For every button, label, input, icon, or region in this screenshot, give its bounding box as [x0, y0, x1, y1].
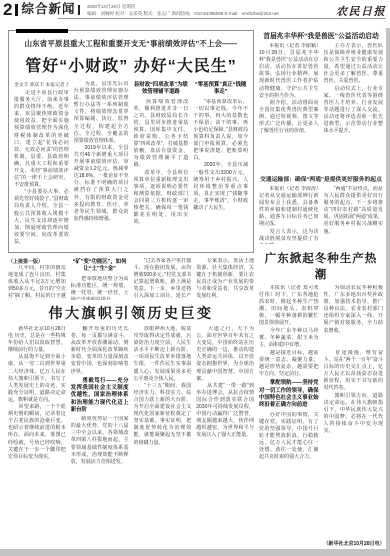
- masthead-logo: 农民日报: [336, 3, 386, 19]
- continued-column-3: “过去各家各户单打独斗，现在抱团发展，亩均增收500多元。”村党支部书记算起增收…: [134, 258, 192, 300]
- continued-article: （上接第一版） 几年间，村里的撂荒地变成了连片良田，村集体收入从不足3万元增加到…: [8, 258, 254, 300]
- lead-column-3: 县财政“四项改革”为绩效管理铺平道路 预算绩效管理改革，顺利推进并非一日之功。县…: [134, 81, 189, 245]
- rail-article-guangdong-columns: 本报讯（记者 郑可欢 付伟）时下，广东各地抢抓农时，掀起冬种生产热潮。田间地头，…: [259, 285, 383, 361]
- feature-column-2-pre: 翻开厚重的历史长卷，每一页都写满奋斗。从改革开放春潮涌动，到新时代全面深化改革蹄…: [71, 326, 129, 376]
- rail-article-transport-col2: “两通”不是终点，而是为人民群众提供更好出行服务的起点。下一步将推动“四好农村路…: [324, 186, 384, 244]
- feature-column-6-text: 征途漫漫，惟有奋斗。站在“两个一百年”奋斗目标的历史交汇点上，亿万人民正以昂扬姿…: [324, 350, 384, 538]
- meta-divider-bar: [78, 5, 80, 15]
- feature-column-6: 征途漫漫，惟有奋斗。站在“两个一百年”奋斗目标的历史交汇点上，亿万人民正以昂扬姿…: [324, 350, 384, 547]
- lead-columns: 金文丰 郭庆丰 本报记者 吕兵兵 走进平原县行政审批服务大厅，前来办事的群众络绎…: [14, 81, 248, 245]
- lead-column-3-text: 预算绩效管理改革，顺利推进并非一日之功。县财政局局长介绍，县里同步推进零基预算、…: [134, 99, 189, 227]
- feature-closing-credit: （新华社北京10月28日电）: [324, 540, 384, 547]
- rail-article-veterinary-col2: 主办方表示，兽医队伍是保障养殖业健康发展和公共卫生安全的重要力量，希望通过公益活…: [324, 43, 384, 169]
- rail-article-veterinary: 首届兆丰华杯“我是兽医”公益活动启动 本报讯（记者 李丽颖）10月28日，首届兆…: [259, 30, 383, 169]
- lead-headline: 管好“小财政” 办好“大民生”: [14, 53, 248, 76]
- feature-column-3: 放眼神州大地，脱贫攻坚取得决定性成就，污染防治力度空前，人民生活水平不断迈上新台…: [134, 326, 192, 547]
- page-header: 2 综合新闻 2020年10月29日 星期四 编辑：刘婉婷 校对：吴采英 版式：…: [3, 2, 386, 26]
- continued-column-4: 专家表示，盘活土地资源、壮大集体经济，关键在于机制创新，要让农民真正成为产业发展…: [196, 258, 254, 300]
- lead-byline: 金文丰 郭庆丰 本报记者 吕兵兵: [14, 81, 69, 88]
- lead-column-2: 为此，县里先后出台预算绩效管理实施办法、事前绩效评估管理暂行办法等一系列制度文件…: [74, 81, 129, 245]
- lead-column-4: “零基预算”真正“钱随事走” “零基预算改革后，一切以事定钱，今年不干的事，再大…: [193, 81, 248, 245]
- feature-column-2-post: 制度优势是一个国家的最大优势。党的十八届三中全会以来，各领域改革四梁八柱拔地而起…: [71, 416, 129, 466]
- rail-article-veterinary-headline: 首届兆丰华杯“我是兽医”公益活动启动: [259, 30, 383, 40]
- rail-article-transport-headline: 交通运输部：确保“两通”是提供更好服务的起点: [259, 174, 383, 183]
- rail-article-veterinary-col1: 本报讯（记者 李丽颖）10月28日，首届兆丰华杯“我是兽医”公益活动在京启动。活…: [259, 43, 319, 169]
- feature-body-left: 新华社北京10月28日电 历史，总是在一些特殊年份给人们以汲取智慧、继续前行的力…: [8, 326, 254, 547]
- date-line: 2020年10月29日 星期四: [87, 3, 279, 10]
- feature-columns-left: 新华社北京10月28日电 历史，总是在一些特殊年份给人们以汲取智慧、继续前行的力…: [8, 326, 254, 547]
- section-divider-bar: [15, 4, 18, 16]
- continued-column-1-text: 几年间，村里的撂荒地变成了连片良田，村集体收入从不足3万元增加到50多万元，昔日…: [8, 265, 66, 300]
- feature-column-4: 大道之行，天下为公。面对世界百年未有之大变局，中国始终站在历史正确的一边，推动构…: [196, 326, 254, 547]
- rail-article-guangdong: 广东掀起冬种生产热潮 本报讯（记者 郑可欢 付伟）时下，广东各地抢抓农时，掀起冬…: [259, 250, 383, 361]
- feature-subhead-2: 掌舵领航——坚持党对一切工作的领导，确保中国特色社会主义事业始终沿着正确方向前进: [259, 380, 319, 409]
- continued-columns: （上接第一版） 几年间，村里的撂荒地变成了连片良田，村集体收入从不足3万元增加到…: [8, 258, 254, 300]
- header-rule: [58, 18, 386, 19]
- lead-kicker: 山东省平原县重大工程和重要开支无“事前绩效评估”不上会——: [14, 38, 248, 49]
- page-number: 2: [3, 2, 12, 18]
- feature-column-5-post: 办好中国的事情，关键在党。实践证明，有了党的坚强领导，中国号巨轮才能劈波斩浪、行…: [259, 412, 319, 462]
- feature-body-right: 越是接近目标，越需要统一意志、凝聚力量；越是形势复杂，越需要把牢方向、坚定前行。…: [259, 350, 383, 547]
- rail-article-guangdong-col1: 本报讯（记者 郑可欢 付伟）时下，广东各地抢抓农时，掀起冬种生产热潮。田间地头，…: [259, 285, 319, 361]
- rail-article-transport: 交通运输部：确保“两通”是提供更好服务的起点 本报讯（记者 李海涛）记者从交通运…: [259, 174, 383, 244]
- continued-subhead: “矿”变“功能区”，如何让“土”生“金”: [71, 259, 129, 274]
- box-top-tab: [16, 29, 68, 33]
- newspaper-page: 2 综合新闻 2020年10月29日 星期四 编辑：刘婉婷 校对：吴采英 版式：…: [0, 0, 390, 556]
- staff-line: 编辑：刘婉婷 校对：吴采英 版式：张志广 新闻热线：010-84395099 E…: [87, 10, 279, 17]
- feature-column-2: 翻开厚重的历史长卷，每一页都写满奋斗。从改革开放春潮涌动，到新时代全面深化改革蹄…: [71, 326, 129, 547]
- continued-column-2-text: 把零散地块整合为高标准功能区，统一规划、统一托管、统一经营，土地产出率明显提升。: [71, 276, 129, 300]
- page-edge-right: [386, 28, 390, 549]
- rail-article-veterinary-columns: 本报讯（记者 李丽颖）10月28日，首届兆丰华杯“我是兽医”公益活动在京启动。活…: [259, 43, 383, 169]
- continued-column-2: “矿”变“功能区”，如何让“土”生“金” 把零散地块整合为高标准功能区，统一规划…: [71, 258, 129, 300]
- lead-column-1-text: 走进平原县行政审批服务大厅，前来办事的群众络绎不绝。近年来，该县聚焦财政资金使用…: [14, 90, 69, 245]
- lead-subhead-1: 县财政“四项改革”为绩效管理铺平道路: [134, 82, 189, 97]
- lead-article-box: 山东省平原县重大工程和重要开支无“事前绩效评估”不上会—— 管好“小财政” 办好…: [8, 30, 254, 253]
- page-edge-bottom: [0, 549, 390, 556]
- edition-meta: 2020年10月29日 星期四 编辑：刘婉婷 校对：吴采英 版式：张志广 新闻热…: [87, 3, 279, 17]
- jump-note: （上接第一版）: [8, 258, 66, 265]
- rail-article-guangdong-col2: 为调动农民冬种积极性，广东多地出台奖补政策，加强技术指导，推广良种良法。农业农村…: [324, 285, 384, 361]
- feature-headline: 伟大旗帜引领历史巨变: [8, 303, 254, 323]
- rail-article-guangdong-headline: 广东掀起冬种生产热潮: [259, 250, 383, 282]
- continued-column-1: （上接第一版） 几年间，村里的撂荒地变成了连片良田，村集体收入从不足3万元增加到…: [8, 258, 66, 300]
- feature-subhead-1: 勇毅笃行——充分发挥我国社会主义制度优越性，国家治理体系和治理能力现代化迈上新台…: [71, 378, 129, 414]
- section-title: 综合新闻: [21, 2, 75, 17]
- feature-columns-right: 越是接近目标，越需要统一意志、凝聚力量；越是形势复杂，越需要把牢方向、坚定前行。…: [259, 350, 383, 547]
- lead-subhead-2: “零基预算”真正“钱随事走”: [193, 82, 248, 97]
- rail-article-transport-col1: 本报讯（记者 李海涛）记者从交通运输部例行新闻发布会上获悉，具备条件的乡镇和建制…: [259, 186, 319, 244]
- rail-article-transport-columns: 本报讯（记者 李海涛）记者从交通运输部例行新闻发布会上获悉，具备条件的乡镇和建制…: [259, 186, 383, 244]
- lead-column-4-text: “零基预算改革后，一切以事定钱，今年不干的事，再大的基数也不保留；该干的事，再小…: [193, 99, 248, 213]
- lead-column-1: 金文丰 郭庆丰 本报记者 吕兵兵 走进平原县行政审批服务大厅，前来办事的群众络绎…: [14, 81, 69, 245]
- feature-column-5: 越是接近目标，越需要统一意志、凝聚力量；越是形势复杂，越需要把牢方向、坚定前行。…: [259, 350, 319, 547]
- feature-column-1: 新华社北京10月28日电 历史，总是在一些特殊年份给人们以汲取智慧、继续前行的力…: [8, 326, 66, 547]
